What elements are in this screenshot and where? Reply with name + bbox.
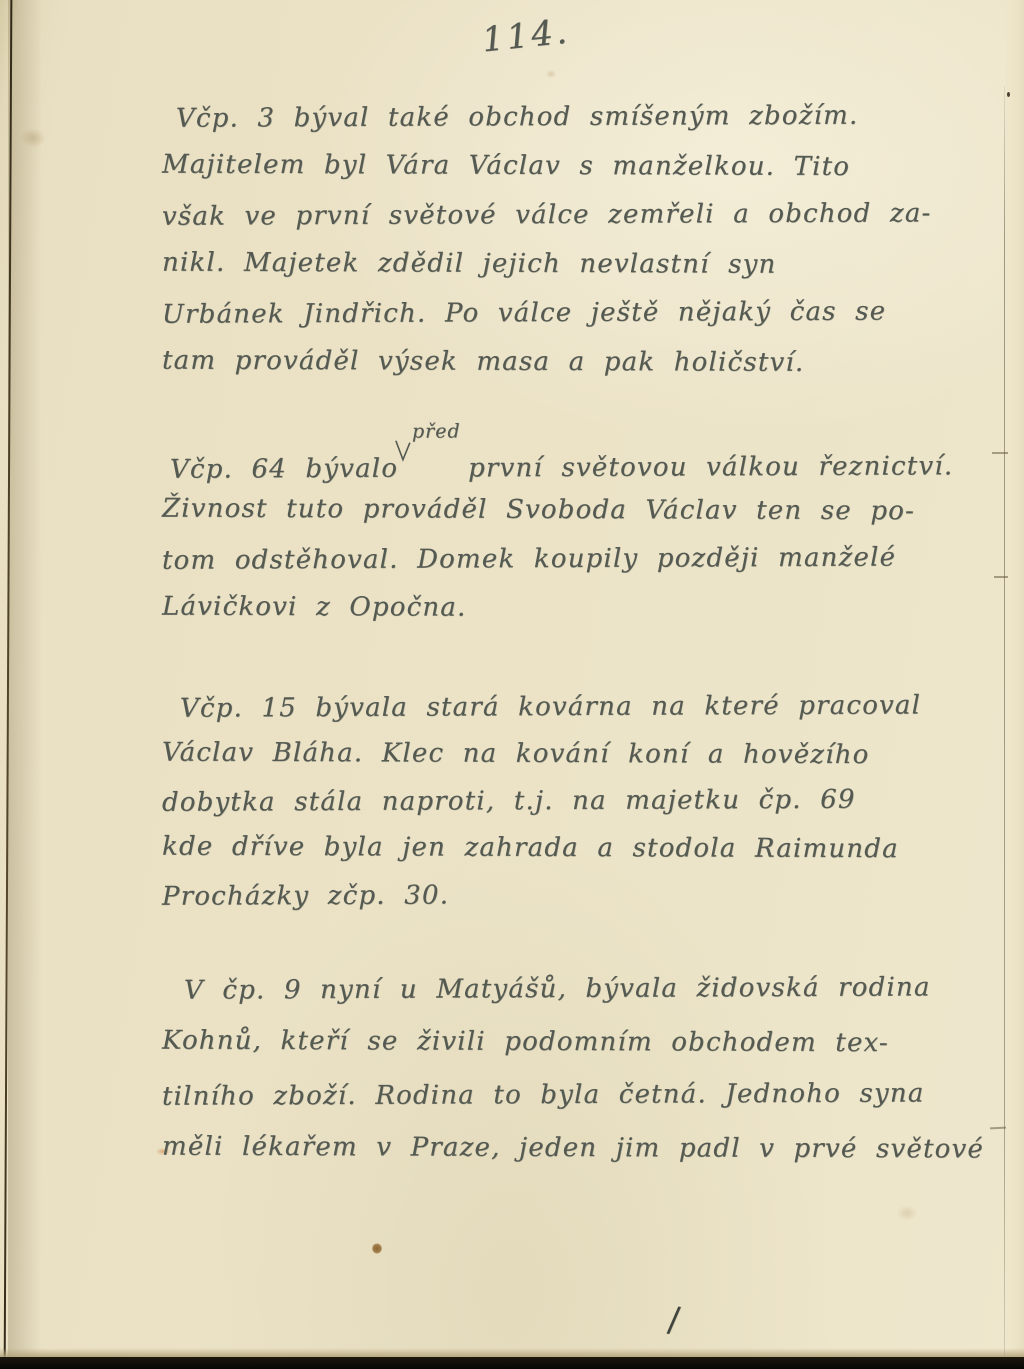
paragraph-house-15: Včp. 15 bývala stará kovárna na které pr… xyxy=(162,692,962,927)
caret-icon xyxy=(394,439,412,469)
text-line: tom odstěhoval. Domek koupily později ma… xyxy=(162,542,962,594)
text-line: Živnost tuto prováděl Svoboda Václav ten… xyxy=(162,494,962,546)
scanned-page: 114. Včp. 3 býval také obchod smíšeným z… xyxy=(0,0,1024,1369)
text-line: Lávičkovi z Opočna. xyxy=(162,592,962,644)
text-line: nikl. Majetek zdědil jejich nevlastní sy… xyxy=(162,248,962,300)
scan-background-strip xyxy=(0,1357,1024,1369)
page-edge-line xyxy=(1004,86,1005,1358)
text-line: dobytka stála naproti, t.j. na majetku č… xyxy=(162,784,962,834)
paper-sheet: 114. Včp. 3 býval také obchod smíšeným z… xyxy=(0,0,1024,1358)
pen-slash-mark: / xyxy=(666,1300,682,1341)
page-number: 114. xyxy=(480,12,571,61)
text-line: tilního zboží. Rodina to byla četná. Jed… xyxy=(162,1078,962,1134)
edge-tick-mark xyxy=(992,452,1008,454)
text-segment: Včp. 64 bývalo xyxy=(170,454,398,485)
text-line: měli lékařem v Praze, jeden jim padl v p… xyxy=(162,1132,962,1188)
text-line: Včp. 15 bývala stará kovárna na které pr… xyxy=(162,690,962,740)
foxing-stain xyxy=(546,70,556,78)
edge-tick-mark xyxy=(994,576,1008,578)
edge-speck xyxy=(1007,92,1010,97)
binding-shadow xyxy=(8,0,42,1358)
foxing-stain xyxy=(896,1205,918,1221)
paragraph-house-64: Včp. 64 bývalo před první světovou válko… xyxy=(162,446,962,642)
paragraph-house-9: V čp. 9 nyní u Matyášů, bývala židovská … xyxy=(162,974,962,1186)
foxing-stain xyxy=(372,1243,382,1254)
text-segment: první světovou válkou řeznictví. xyxy=(468,451,953,483)
text-line: kde dříve byla jen zahrada a stodola Rai… xyxy=(162,832,962,882)
paragraph-house-3: Včp. 3 býval také obchod smíšeným zbožím… xyxy=(162,102,962,396)
next-page-edge-strip xyxy=(1005,0,1024,1358)
text-line: Urbánek Jindřich. Po válce ještě nějaký … xyxy=(162,296,962,348)
text-line: Kohnů, kteří se živili podomním obchodem… xyxy=(162,1026,962,1082)
text-line: Václav Bláha. Klec na kování koní a hově… xyxy=(162,738,962,788)
text-line: však ve první světové válce zemřeli a ob… xyxy=(162,198,962,250)
text-line: Včp. 3 býval také obchod smíšeným zbožím… xyxy=(162,100,962,152)
inserted-word: před xyxy=(398,446,468,476)
text-line: tam prováděl výsek masa a pak holičství. xyxy=(162,346,962,398)
text-line: Majitelem byl Vára Václav s manželkou. T… xyxy=(162,150,962,202)
text-line-with-insertion: Včp. 64 bývalo před první světovou válko… xyxy=(162,444,962,496)
text-line: V čp. 9 nyní u Matyášů, bývala židovská … xyxy=(162,972,962,1028)
insert-word-text: před xyxy=(412,420,461,442)
text-line: Procházky zčp. 30. xyxy=(162,878,962,928)
